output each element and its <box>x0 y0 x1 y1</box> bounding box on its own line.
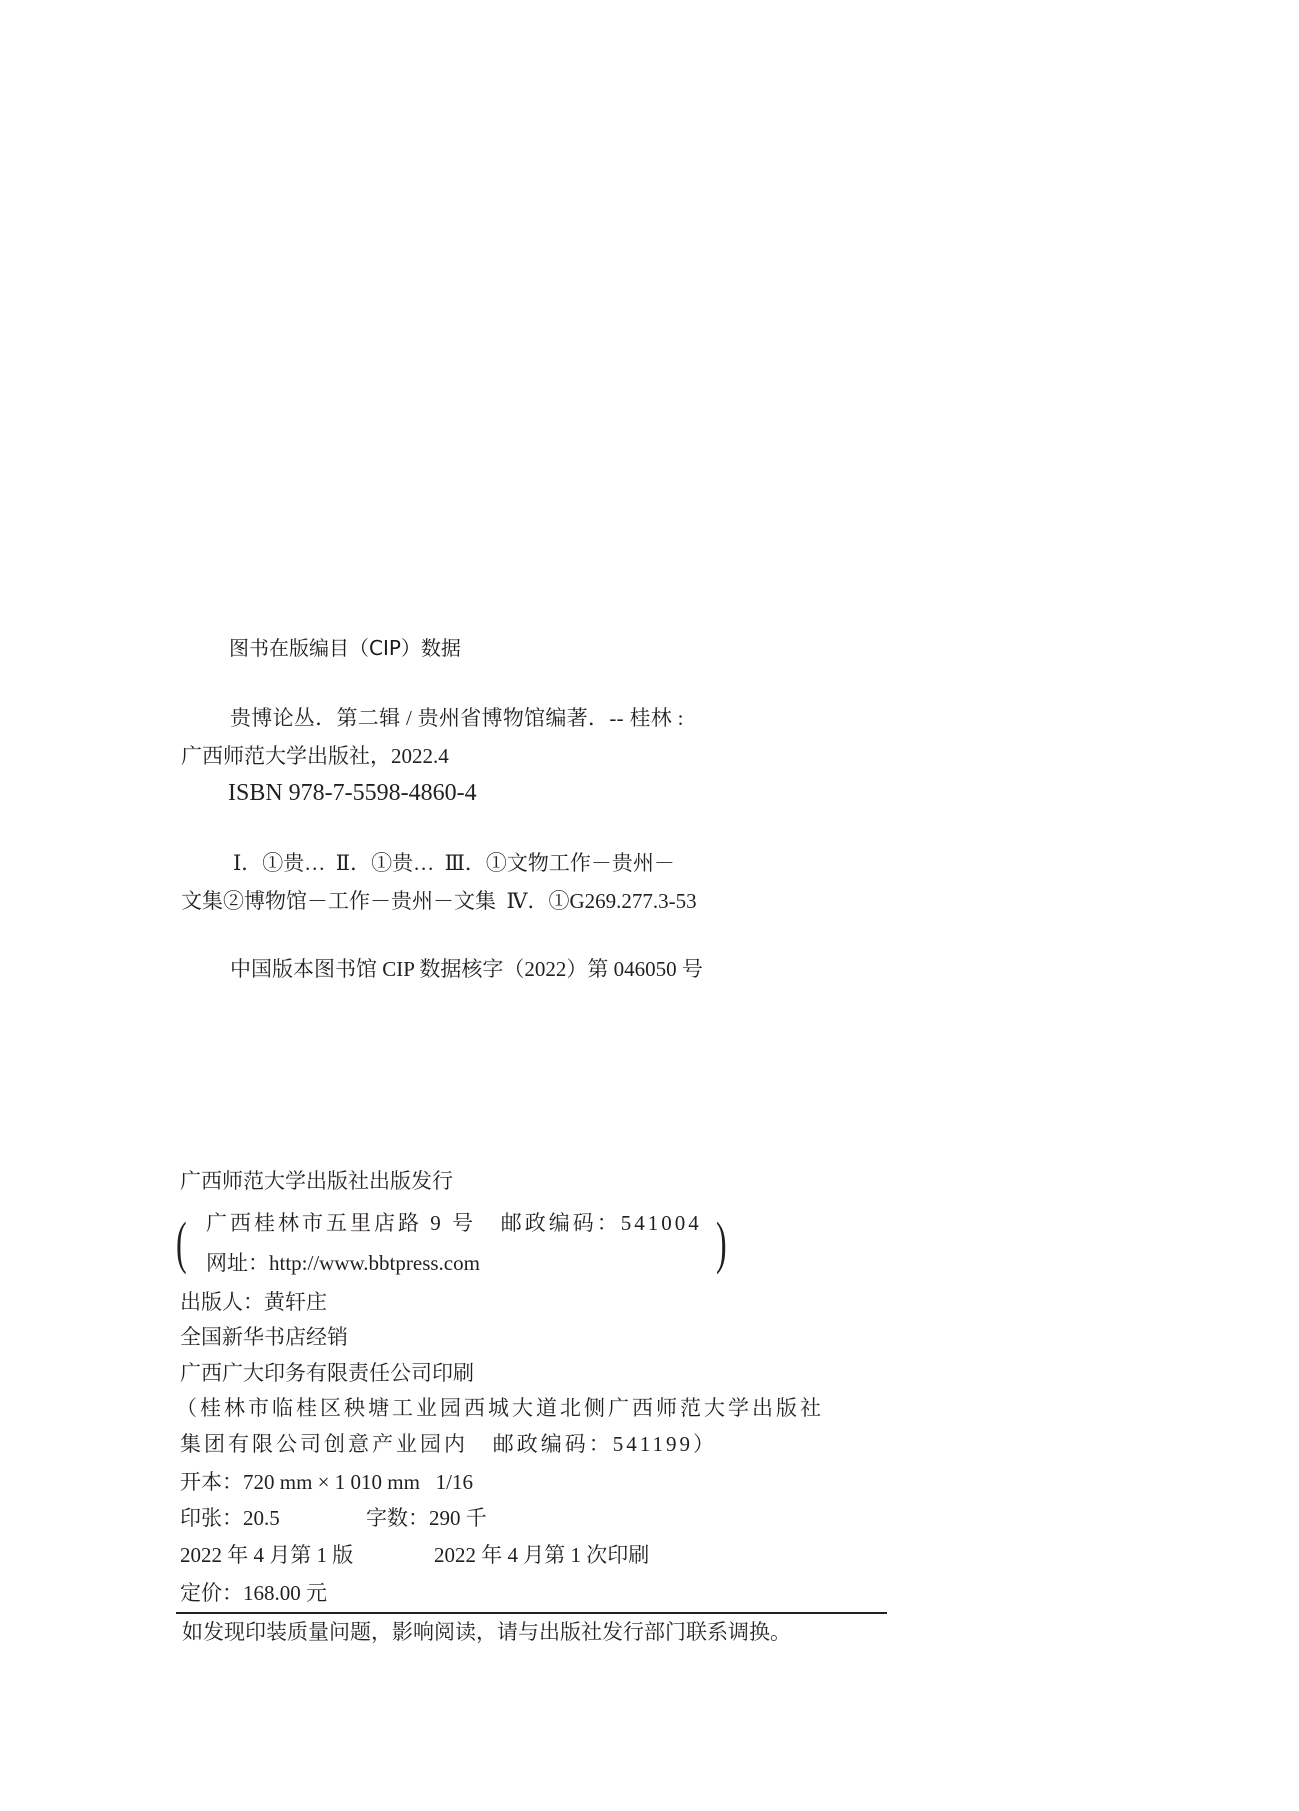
printer: 广西广大印务有限责任公司印刷 <box>180 1361 474 1385</box>
printing: 2022 年 4 月第 1 次印刷 <box>434 1543 649 1567</box>
publisher-line: 广西师范大学出版社出版发行 <box>180 1169 453 1193</box>
quality-notice: 如发现印装质量问题，影响阅读，请与出版社发行部门联系调换。 <box>182 1620 791 1644</box>
publisher-address: 广西桂林市五里店路 9 号 邮政编码：541004 <box>206 1211 702 1235</box>
printer-address-line1: （桂林市临桂区秧塘工业园西城大道北侧广西师范大学出版社 <box>176 1396 824 1420</box>
left-bracket: ( <box>176 1214 187 1272</box>
word-count: 字数：290 千 <box>366 1506 487 1530</box>
cip-entry-line2: 广西师范大学出版社，2022.4 <box>181 744 449 768</box>
right-bracket: ) <box>716 1214 727 1272</box>
cip-subject-line2: 文集②博物馆－工作－贵州－文集 Ⅳ．①G269.277.3-53 <box>181 889 697 913</box>
cip-entry-line1: 贵博论丛．第二辑 / 贵州省博物馆编著．-- 桂林 : <box>230 706 684 730</box>
price: 定价：168.00 元 <box>180 1581 327 1605</box>
edition: 2022 年 4 月第 1 版 <box>180 1543 353 1567</box>
cip-heading: 图书在版编目（CIP）数据 <box>229 636 461 660</box>
printer-address-line2: 集团有限公司创意产业园内 邮政编码：541199） <box>180 1432 717 1456</box>
distributor: 全国新华书店经销 <box>180 1325 348 1349</box>
publisher-person: 出版人：黄轩庄 <box>180 1290 327 1314</box>
book-format: 开本：720 mm × 1 010 mm 1/16 <box>180 1470 473 1494</box>
cip-approval-number: 中国版本图书馆 CIP 数据核字（2022）第 046050 号 <box>230 957 703 981</box>
cip-subject-line1: Ⅰ．①贵… Ⅱ．①贵… Ⅲ．①文物工作－贵州－ <box>233 851 675 875</box>
isbn: ISBN 978-7-5598-4860-4 <box>228 780 477 806</box>
divider-rule <box>176 1612 887 1614</box>
printed-sheets: 印张：20.5 <box>180 1506 280 1530</box>
publisher-website: 网址：http://www.bbtpress.com <box>206 1251 480 1275</box>
